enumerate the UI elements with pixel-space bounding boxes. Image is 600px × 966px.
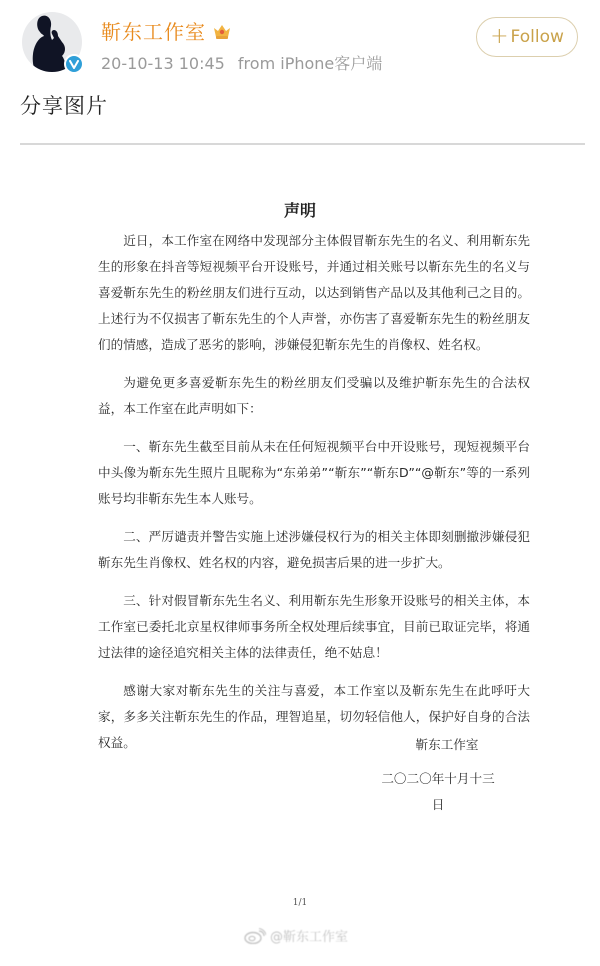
post-meta: 20-10-13 10:45 from iPhone客户端: [101, 51, 382, 74]
signature-date: 二〇二〇年十月十三日: [376, 766, 500, 818]
page-indicator: 1/1: [0, 898, 600, 908]
statement-signature: 靳东工作室 二〇二〇年十月十三日: [380, 732, 500, 818]
statement-paragraph: 一、靳东先生截至目前从未在任何短视频平台中开设账号，现短视频平台中头像为靳东先生…: [98, 434, 530, 512]
plus-icon: +: [490, 26, 508, 48]
post-source: from iPhone客户端: [238, 54, 382, 73]
statement-paragraph: 为避免更多喜爱靳东先生的粉丝朋友们受骗以及维护靳东先生的合法权益，本工作室在此声…: [98, 370, 530, 422]
follow-button[interactable]: + Follow: [476, 17, 578, 57]
signature-org: 靳东工作室: [416, 737, 479, 752]
verified-badge-icon: [64, 54, 84, 74]
post-text: 分享图片: [20, 90, 108, 120]
statement-title: 声明: [0, 198, 600, 221]
weibo-logo-icon: [244, 928, 266, 944]
statement-body: 近日，本工作室在网络中发现部分主体假冒靳东先生的名义、利用靳东先生的形象在抖音等…: [98, 228, 530, 768]
statement-paragraph: 近日，本工作室在网络中发现部分主体假冒靳东先生的名义、利用靳东先生的形象在抖音等…: [98, 228, 530, 358]
crown-icon: [212, 22, 232, 40]
weibo-watermark: @靳东工作室: [244, 926, 348, 945]
follow-label: Follow: [511, 27, 564, 47]
watermark-text: @靳东工作室: [270, 926, 348, 945]
author-name[interactable]: 靳东工作室: [101, 16, 232, 45]
post-timestamp: 20-10-13 10:45: [101, 54, 225, 73]
avatar[interactable]: [22, 12, 82, 72]
statement-image[interactable]: 声明 近日，本工作室在网络中发现部分主体假冒靳东先生的名义、利用靳东先生的形象在…: [0, 146, 600, 966]
image-top-edge: [20, 143, 585, 145]
author-name-text[interactable]: 靳东工作室: [101, 16, 206, 45]
post-header: 靳东工作室 20-10-13 10:45 from iPhone客户端 + Fo…: [0, 0, 600, 80]
statement-paragraph: 三、针对假冒靳东先生名义、利用靳东先生形象开设账号的相关主体，本工作室已委托北京…: [98, 588, 530, 666]
statement-paragraph: 二、严厉谴责并警告实施上述涉嫌侵权行为的相关主体即刻删撤涉嫌侵犯靳东先生肖像权、…: [98, 524, 530, 576]
